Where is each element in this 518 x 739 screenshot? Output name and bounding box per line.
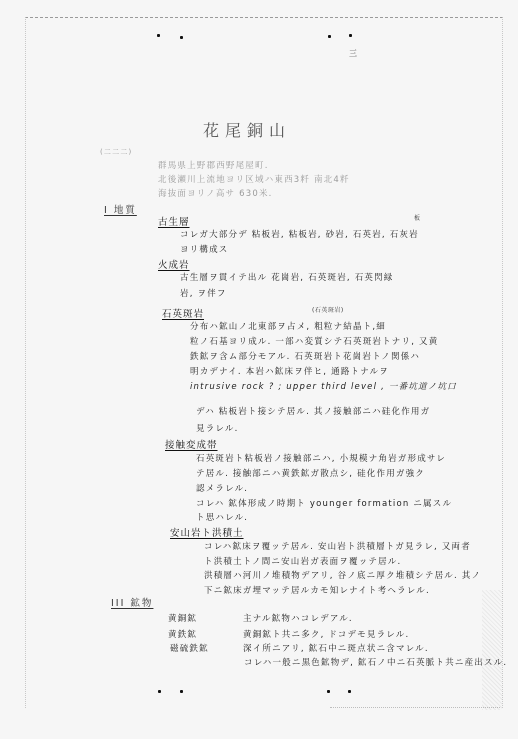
body-line: 洪積層ハ河川ノ堆積物デアリ, 谷ノ底ニ厚ク堆積シテ居ル. 其ノ (204, 569, 481, 581)
body-line: デハ 粘板岩ト接シテ居ル. 其ノ接触部ニハ硅化作用ガ (196, 405, 430, 417)
body-line: 分布ハ鉱山ノ北東部ヲ占メ, 粗粒ナ結晶ト,細 (190, 320, 386, 332)
body-line: 下ニ鉱床ガ埋マッテ居ルカモ知レナイト考ヘラレル. (204, 584, 430, 596)
subsection-title: 安山岩ト洪積土 (170, 525, 244, 539)
body-line: 石英斑岩ト粘板岩ノ接触部ニハ, 小規模ナ角岩ガ形成サレ (196, 452, 446, 464)
subsection-title: 石英斑岩 (162, 306, 204, 320)
binding-hole-mark (328, 35, 331, 38)
subsection-title: 接触変成帯 (165, 437, 218, 451)
body-line: コレハ 鉱体形成ノ時期ト younger formation ニ属スル (196, 497, 452, 509)
body-line: ヨリ構成ス (180, 243, 229, 255)
binding-hole-mark (180, 690, 183, 693)
body-line: 古生層ヲ貫イテ出ル 花崗岩, 石英斑岩, 石英閃緑 (180, 271, 394, 283)
location-line: 北後瀬川上流地ヨリ区域ハ東西3粁 南北4粁 (158, 173, 350, 185)
header-note: (二二二) (100, 147, 132, 157)
mineral-name: 黄銅鉱 (168, 612, 197, 624)
binding-hole-mark (349, 34, 352, 37)
body-line: 岩, ヲ伴フ (180, 287, 227, 299)
section-heading-geology: I 地質 (104, 202, 137, 216)
binding-hole-mark (158, 690, 161, 693)
page-number: 三 (349, 48, 358, 59)
mineral-name: 磁硫鉄鉱 (170, 642, 209, 654)
body-line: 認メラレル. (196, 482, 248, 494)
body-line: コレハ鉱床ヲ覆ッテ居ル. 安山岩ト洪積層トガ見ラレ, 又両者 (204, 540, 471, 552)
body-line: ト思ハレル. (196, 511, 248, 523)
annotation: (石英斑岩) (312, 305, 344, 314)
mineral-description: 黄銅鉱ト共ニ多ク, ドコデモ見ラレル. (243, 628, 409, 640)
body-line: コレガ大部分デ 粘板岩, 粘板岩, 砂岩, 石英岩, 石灰岩 (180, 228, 419, 240)
annotation: 板 (414, 213, 421, 222)
body-line: 鉄鉱ヲ含ム部分モアル. 石英斑岩ト花崗岩トノ関係ハ (190, 350, 420, 362)
section-heading-minerals: III 鉱物 (111, 595, 153, 609)
binding-hole-mark (327, 690, 330, 693)
document-title: 花尾銅山 (203, 118, 291, 141)
body-line: テ居ル. 接触部ニハ黄鉄鉱ガ散点シ, 硅化作用ガ強ク (196, 467, 425, 479)
page-border-bottom (330, 707, 500, 708)
location-line: 群馬県上野郡西野尾屋町. (158, 159, 269, 171)
binding-hole-mark (348, 690, 351, 693)
mineral-description: 主ナル鉱物ハコレデアル. (243, 612, 353, 624)
body-line: 見ラレル. (196, 422, 239, 434)
binding-hole-mark (157, 34, 160, 37)
subsection-title: 火成岩 (158, 257, 190, 271)
body-line: 粒ノ石基ヨリ成ル. 一部ハ変質シテ石英斑岩トナリ, 又黄 (190, 335, 438, 347)
mineral-name: 黄鉄鉱 (168, 628, 197, 640)
mineral-description: 深イ所ニアリ, 鉱石中ニ斑点状ニ含マレル. (243, 642, 429, 654)
location-line: 海抜面ヨリノ高サ 630米. (158, 187, 273, 199)
subsection-title: 古生層 (158, 214, 190, 228)
mineral-description: コレハ一般ニ黒色鉱物デ, 鉱石ノ中ニ石英脈ト共ニ産出スル. (244, 656, 507, 668)
body-line: 明カデナイ. 本岩ハ鉱床ヲ伴ヒ, 通路トナルヲ (190, 365, 389, 377)
body-line: intrusive rock ? ; upper third level , 一… (190, 380, 457, 392)
scan-noise (482, 590, 502, 710)
binding-hole-mark (180, 36, 183, 39)
body-line: ト洪積土トノ間ニ安山岩ガ表面ヲ覆ッテ居ル. (204, 555, 401, 567)
